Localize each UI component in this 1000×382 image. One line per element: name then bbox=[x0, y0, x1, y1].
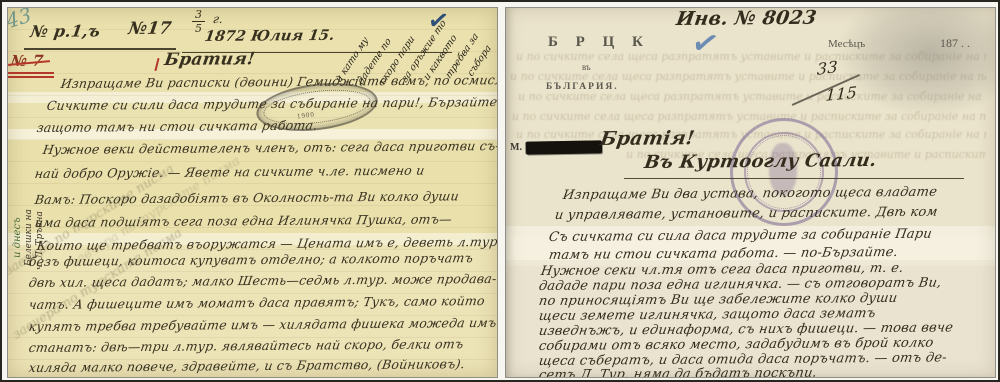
red-underline-2 bbox=[8, 76, 54, 78]
redacted-strip bbox=[526, 140, 602, 154]
folio-denominator: 115 bbox=[825, 83, 857, 105]
date-line: 1872 Юлия 15. bbox=[203, 27, 335, 45]
handwritten-line: Съ сичката си сила даса трудите за собир… bbox=[548, 227, 933, 245]
folio-numerator: 33 bbox=[817, 57, 838, 79]
handwritten-line: тамъ ни стои сичката работа. — по-Бързай… bbox=[548, 245, 899, 263]
bleedthrough-text: и по сичките села щеса разпратятъ устави… bbox=[512, 110, 986, 123]
handwritten-line: защото тамъ ни стои сичката работа. bbox=[36, 118, 319, 135]
fraction-suffix: г. bbox=[212, 12, 224, 26]
address-underline bbox=[624, 178, 964, 179]
letterhead-country: БЪЛГАРИЯ. bbox=[546, 82, 619, 92]
document-right: и по сичките села щеса разпратятъ устави… bbox=[505, 7, 996, 378]
ref-label: М. bbox=[510, 142, 522, 153]
handwritten-line: Изпращаме Ви два устава, покогото щеса в… bbox=[562, 185, 938, 203]
document-scan: 43 № р.1,ъ №17 3 5 г. 1872 Юлия 15. ✓ № … bbox=[0, 0, 1000, 382]
salutation: Братія! bbox=[599, 127, 696, 150]
handwritten-line: сетъ Л. Тур. няма да бъдатъ поскъпи. bbox=[538, 366, 818, 378]
salutation: Братия! bbox=[163, 49, 256, 70]
letterhead-month-label: Месѣцъ bbox=[828, 38, 865, 50]
fraction-numerator: 3 bbox=[192, 8, 205, 22]
handwritten-line: безъ фишеци, коитоса купуватъ отделно; а… bbox=[28, 250, 475, 269]
handwritten-line: Сичките си сили даса трудите за събирані… bbox=[46, 94, 498, 113]
register-number-label: № р.1,ъ bbox=[29, 21, 101, 41]
red-underline-1 bbox=[8, 72, 54, 74]
margin-note-green: и днесъ bbox=[12, 148, 23, 258]
letterhead-org: Б Р Ц К bbox=[548, 34, 650, 51]
handwritten-line: Вамъ: Поскоро дазадобіятъ въ Околность-т… bbox=[34, 188, 460, 207]
handwritten-line: купятъ требва требувайте имъ — хилядата … bbox=[28, 315, 498, 334]
corner-pencil-number: 43 bbox=[7, 7, 34, 34]
handwritten-line: чатъ. А фишеците имъ моматъ даса правятъ… bbox=[28, 293, 486, 312]
red-tick-mark bbox=[154, 58, 159, 71]
handwritten-line: двѣ хил. щеса дадатъ; малко Шесть—седмь … bbox=[28, 271, 498, 290]
handwritten-line: най добро Оружіе. — Явете на сичките ч.л… bbox=[34, 163, 426, 181]
fraction-denominator: 5 bbox=[192, 22, 205, 35]
header-underline bbox=[24, 48, 176, 50]
document-number: №17 bbox=[127, 19, 173, 39]
handwritten-line: Изпращаме Ви расписки (двоини) Гемиджіит… bbox=[60, 72, 498, 91]
document-left: 43 № р.1,ъ №17 3 5 г. 1872 Юлия 15. ✓ № … bbox=[7, 7, 498, 378]
handwritten-line: и управлявате, установите, и расписките.… bbox=[554, 205, 939, 223]
fraction-note: 3 5 bbox=[192, 8, 205, 35]
handwritten-line: Нужное веки действителенъ членъ, отъ: се… bbox=[42, 138, 498, 157]
handwritten-line: хиляда малко повече, здравейте, и съ Бра… bbox=[28, 356, 466, 375]
address-line: Въ Куртооглу Саали. bbox=[643, 150, 878, 173]
letterhead-of: въ bbox=[582, 62, 591, 72]
handwritten-line: станатъ: двѣ—три л.тур. являвайтесь най … bbox=[28, 336, 465, 355]
handwritten-line: има даса подшіятъ сега поза една Иглиняч… bbox=[34, 211, 453, 230]
letterhead-year: 187 . . bbox=[940, 36, 970, 51]
